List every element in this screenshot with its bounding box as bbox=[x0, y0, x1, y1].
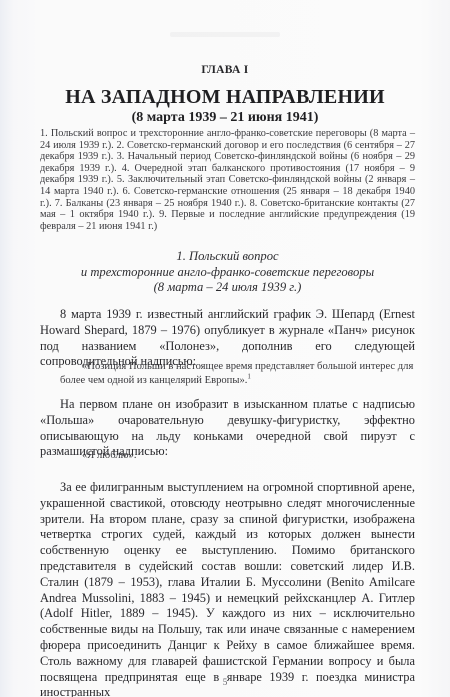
running-header-bleedthrough bbox=[170, 32, 280, 37]
chapter-dates: (8 марта 1939 – 21 июня 1941) bbox=[0, 110, 450, 126]
chapter-contents-summary: 1. Польский вопрос и трехсторонние англо… bbox=[40, 128, 415, 232]
chapter-label: ГЛАВА I bbox=[0, 64, 450, 76]
body-paragraph: За ее филигранным выступлением на огромн… bbox=[40, 480, 415, 697]
section-heading-dates: (8 марта – 24 июля 1939 г.) bbox=[40, 280, 415, 296]
chapter-title: НА ЗАПАДНОМ НАПРАВЛЕНИИ bbox=[0, 86, 450, 109]
block-quote: «Я люблю». bbox=[40, 449, 415, 463]
quote-text: «Я люблю». bbox=[40, 449, 415, 463]
section-heading: 1. Польский вопрос и трехсторонние англо… bbox=[40, 249, 415, 296]
section-heading-line: 1. Польский вопрос bbox=[40, 249, 415, 265]
section-heading-line: и трехсторонние англо-франко-советские п… bbox=[40, 265, 415, 281]
footnote-marker: 1 bbox=[247, 372, 251, 380]
book-page: ГЛАВА I НА ЗАПАДНОМ НАПРАВЛЕНИИ (8 марта… bbox=[0, 0, 450, 697]
quote-text: «Позиция Польши в настоящее время предст… bbox=[40, 360, 415, 387]
page-number: 5 bbox=[0, 678, 450, 688]
block-quote: «Позиция Польши в настоящее время предст… bbox=[40, 360, 415, 387]
body-paragraph-block: За ее филигранным выступлением на огромн… bbox=[40, 480, 415, 697]
quote-body: «Позиция Польши в настоящее время предст… bbox=[60, 361, 413, 386]
